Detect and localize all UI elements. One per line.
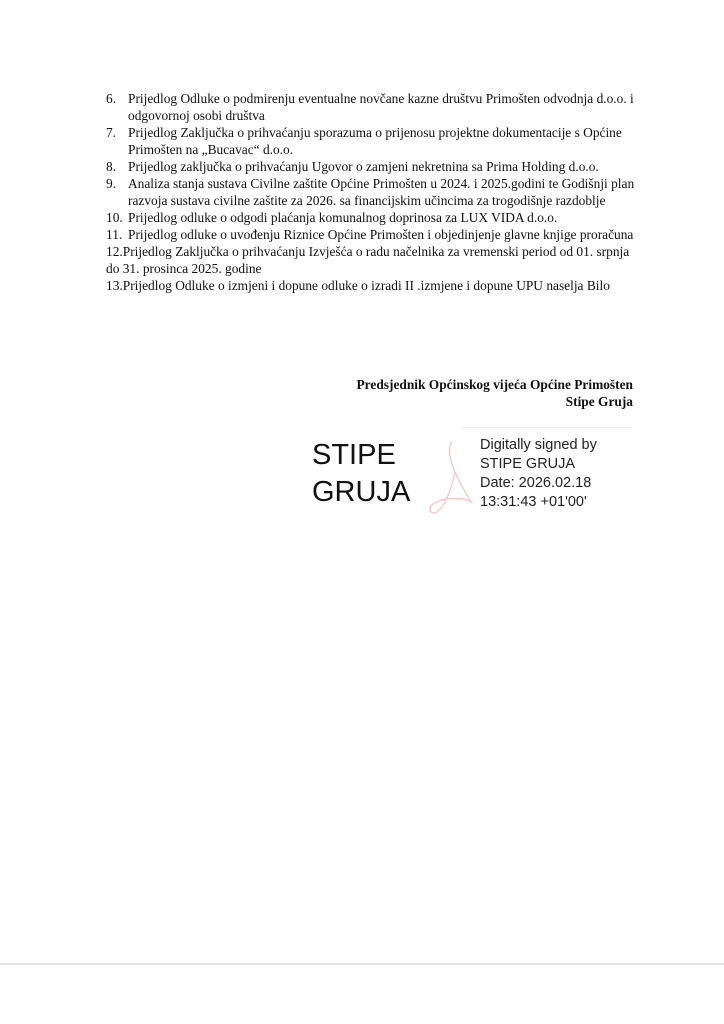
item-number: 10. <box>106 209 128 226</box>
signature-name-line2: GRUJA <box>312 474 410 511</box>
agenda-list: 6. Prijedlog Odluke o podmirenju eventua… <box>106 90 636 294</box>
agenda-item-12: 12.Prijedlog Zaključka o prihvaćanju Izv… <box>106 243 636 277</box>
signatory-title: Predsjednik Općinskog vijeća Općine Prim… <box>357 376 634 393</box>
signature-line-1: Digitally signed by <box>480 436 597 455</box>
item-text: Analiza stanja sustava Civilne zaštite O… <box>128 175 636 209</box>
item-text: Prijedlog Zaključka o prihvaćanju sporaz… <box>128 124 636 158</box>
acrobat-logo-icon <box>425 438 475 523</box>
item-text: Prijedlog zaključka o prihvaćanju Ugovor… <box>128 158 636 175</box>
signatory-name: Stipe Gruja <box>357 393 634 410</box>
item-text: Prijedlog odluke o uvođenju Riznice Opći… <box>128 226 636 243</box>
signature-name-line1: STIPE <box>312 437 410 474</box>
digital-signature-name[interactable]: STIPE GRUJA <box>312 437 410 511</box>
agenda-item-11: 11. Prijedlog odluke o uvođenju Riznice … <box>106 226 636 243</box>
item-number: 12. <box>106 244 123 259</box>
signature-line-2: STIPE GRUJA <box>480 455 597 474</box>
item-text: Prijedlog Odluke o podmirenju eventualne… <box>128 90 636 124</box>
agenda-item-8: 8. Prijedlog zaključka o prihvaćanju Ugo… <box>106 158 636 175</box>
item-number: 11. <box>106 226 128 243</box>
signature-date: Date: 2026.02.18 <box>480 474 597 493</box>
item-text: Prijedlog Zaključka o prihvaćanju Izvješ… <box>106 244 629 276</box>
item-number: 13. <box>106 278 123 293</box>
item-number: 9. <box>106 175 128 209</box>
signature-time: 13:31:43 +01'00' <box>480 493 597 512</box>
agenda-item-9: 9. Analiza stanja sustava Civilne zaštit… <box>106 175 636 209</box>
agenda-item-7: 7. Prijedlog Zaključka o prihvaćanju spo… <box>106 124 636 158</box>
item-number: 7. <box>106 124 128 158</box>
signature-divider <box>462 427 632 428</box>
digital-signature-details[interactable]: Digitally signed by STIPE GRUJA Date: 20… <box>480 436 597 512</box>
agenda-item-6: 6. Prijedlog Odluke o podmirenju eventua… <box>106 90 636 124</box>
agenda-item-13: 13.Prijedlog Odluke o izmjeni i dopune o… <box>106 277 636 294</box>
item-number: 6. <box>106 90 128 124</box>
item-text: Prijedlog Odluke o izmjeni i dopune odlu… <box>123 278 610 293</box>
agenda-item-10: 10. Prijedlog odluke o odgodi plaćanja k… <box>106 209 636 226</box>
page-bottom-divider <box>0 963 724 965</box>
signatory-block: Predsjednik Općinskog vijeća Općine Prim… <box>357 376 634 410</box>
item-number: 8. <box>106 158 128 175</box>
item-text: Prijedlog odluke o odgodi plaćanja komun… <box>128 209 636 226</box>
